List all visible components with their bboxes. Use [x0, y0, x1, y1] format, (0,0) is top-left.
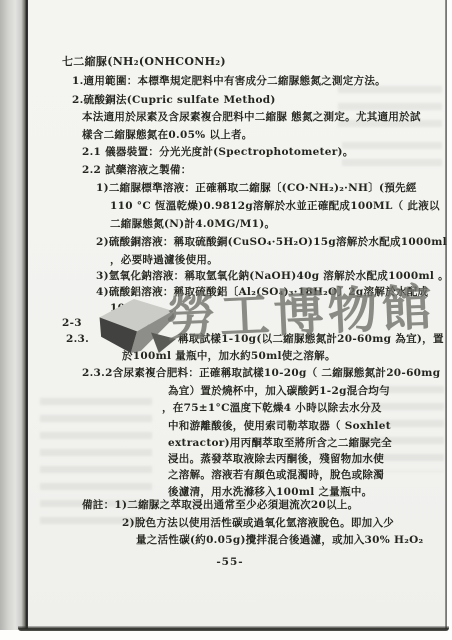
page-number: -55- — [200, 556, 260, 568]
doc-line: 本法適用於尿素及含尿素複合肥料中二縮脲 態氮之測定。尤其適用於試 — [82, 111, 421, 124]
ink-bleed-through — [338, 86, 442, 132]
doc-line-partially-obscured: 2-3 — [62, 317, 82, 330]
doc-line: 2.2 試藥溶液之製備： — [82, 164, 192, 177]
doc-line: 110 °C 恆溫乾燥)0.9812g溶解於水並正確配成100ML（ 此液以 — [110, 200, 440, 213]
doc-line: 中和游離酸後，使用索司勒萃取器（ Soxhlet — [168, 420, 391, 433]
doc-line: 1.適用範圍：本標準規定肥料中有害成分二縮脲態氮之測定方法。 — [72, 75, 386, 88]
doc-line: 1)二縮脲標準溶液：正確稱取二縮脲〔(CO·NH₂)₂·NH〕(預先經 — [96, 182, 417, 195]
doc-line: 量之活性碳(約0.05g)攪拌混合後過濾，或加入30% H₂O₂ — [136, 534, 423, 547]
doc-line: 2.3.2含尿素複合肥料：正確稱取試樣10-20g（ 二縮脲態氮計20-60mg — [82, 367, 440, 380]
ink-bleed-through — [342, 142, 442, 176]
page-bottom-edge — [18, 626, 449, 631]
doc-line: 2)硫酸銅溶液：稱取硫酸銅(CuSO₄·5H₂O)15g溶解於水配成1000ml — [96, 236, 447, 249]
binding-edge — [0, 0, 28, 630]
doc-line: 浸出。蒸發萃取液除去丙酮後，殘留物加水使 — [168, 453, 384, 466]
doc-line: 樣含二縮脲態氮在0.05% 以上者。 — [82, 129, 253, 142]
doc-line: 之溶解。溶液若有顏色或混濁時，脫色或除濁 — [168, 469, 384, 482]
doc-line: 二縮脲態氮(N)計4.0MG/M1)。 — [110, 218, 275, 231]
doc-line: 4)硫酸鋁溶液：稱取硫酸鋁〔Al₂(SO₄)₃·18H₂O〕2g溶解於水配成 — [96, 286, 428, 299]
page-right-edge — [445, 0, 447, 629]
doc-line: 3)氫氧化鈉溶液：稱取氫氧化鈉(NaOH)40g 溶解於水配成1000ml 。 — [96, 270, 449, 283]
museum-cube-logo — [98, 299, 176, 353]
doc-line: 後濾清，用水洗滌移入100ml 之量瓶中。 — [168, 486, 372, 499]
section-heading: 七二縮脲(NH₂(ONHCONH₂) — [62, 55, 226, 68]
doc-line: ，必要時過濾後使用。 — [110, 254, 218, 267]
doc-line: 2)脫色方法以使用活性碳或過氧化氫溶液脫色。即加入少 — [122, 517, 394, 530]
doc-line-partially-obscured: 2.3. — [66, 333, 89, 346]
doc-line: 為宜）置於燒杯中，加入碳酸鈣1-2g混合均勻 — [168, 385, 390, 398]
doc-line: 2.1 儀器裝置：分光光度計(Spectrophotometer)。 — [82, 146, 354, 159]
doc-line: 備註：1)二縮脲之萃取浸出通常至少必須迴流次20以上。 — [82, 499, 358, 512]
doc-line: extractor)用丙酮萃取至將所含之二縮脲完全 — [168, 437, 392, 450]
doc-line: 2.硫酸銅法(Cupric sulfate Method) — [72, 94, 276, 107]
doc-line-fragment: 稱取試樣1-10g(以二縮脲態氮計20-60mg 為宜)，置 — [178, 333, 444, 346]
doc-line: ，在75±1°C溫度下乾燥4 小時以除去水分及 — [162, 402, 382, 415]
